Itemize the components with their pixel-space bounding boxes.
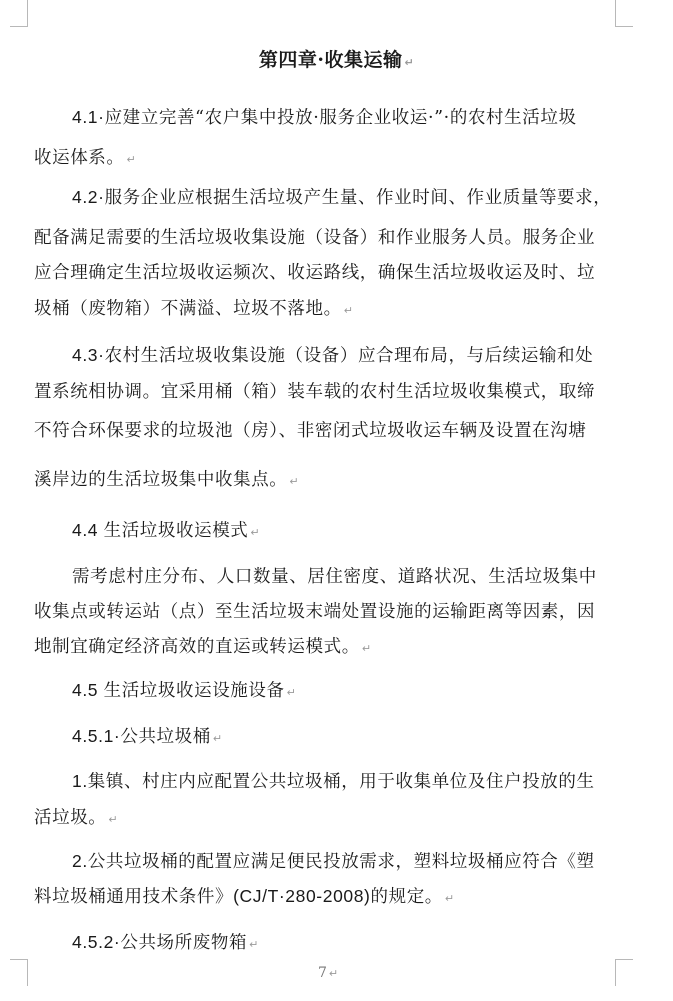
section-4-3-line-4: 溪岸边的生活垃圾集中收集点。↵ bbox=[34, 466, 299, 491]
section-4-1-line-1: 4.1·应建立完善“农户集中投放·服务企业收运·”·的农村生活垃圾 bbox=[72, 104, 577, 129]
section-4-2-line-4: 圾桶（废物箱）不满溢、垃圾不落地。↵ bbox=[34, 295, 354, 320]
section-4-3-line-2: 置系统相协调。宜采用桶（箱）装车载的农村生活垃圾收集模式，取缔 bbox=[34, 378, 595, 403]
paragraph-mark-icon: ↵ bbox=[250, 526, 260, 539]
section-4-3-line-3: 不符合环保要求的垃圾池（房）、非密闭式垃圾收运车辆及设置在沟塘 bbox=[34, 417, 586, 442]
page-number: 7↵ bbox=[318, 965, 338, 981]
page-corner-top-right bbox=[615, 0, 633, 27]
section-4-5-heading: 4.5 生活垃圾收运设施设备↵ bbox=[72, 677, 296, 702]
page-corner-bottom-left bbox=[10, 959, 28, 986]
paragraph-mark-icon: ↵ bbox=[404, 56, 414, 69]
page-corner-bottom-right bbox=[615, 959, 633, 986]
section-4-3-line-1: 4.3·农村生活垃圾收集设施（设备）应合理布局，与后续运输和处 bbox=[72, 342, 593, 367]
item-1-line-2: 活垃圾。↵ bbox=[34, 804, 118, 829]
section-4-4-para-line-1: 需考虑村庄分布、人口数量、居住密度、道路状况、生活垃圾集中 bbox=[72, 563, 597, 588]
section-4-4-para-line-2: 收集点或转运站（点）至生活垃圾末端处置设施的运输距离等因素，因 bbox=[34, 598, 595, 623]
paragraph-mark-icon: ↵ bbox=[287, 686, 297, 699]
chapter-title: 第四章·收集运输↵ bbox=[0, 45, 673, 72]
paragraph-mark-icon: ↵ bbox=[213, 732, 223, 745]
section-4-1-line-2: 收运体系。↵ bbox=[34, 144, 136, 169]
section-4-4-heading: 4.4 生活垃圾收运模式↵ bbox=[72, 517, 260, 542]
paragraph-mark-icon: ↵ bbox=[127, 153, 137, 166]
page-corner-top-left bbox=[10, 0, 28, 27]
section-4-2-line-1: 4.2·服务企业应根据生活垃圾产生量、作业时间、作业质量等要求， bbox=[72, 184, 611, 209]
section-4-4-para-line-3: 地制宜确定经济高效的直运或转运模式。↵ bbox=[34, 633, 372, 658]
section-4-2-line-3: 应合理确定生活垃圾收运频次、收运路线，确保生活垃圾收运及时、垃 bbox=[34, 259, 595, 284]
item-1-line-1: 1.集镇、村庄内应配置公共垃圾桶，用于收集单位及住户投放的生 bbox=[72, 768, 595, 793]
section-4-5-2-heading: 4.5.2·公共场所废物箱↵ bbox=[72, 929, 259, 954]
item-2-line-2: 料垃圾桶通用技术条件》(CJ/T·280-2008)的规定。↵ bbox=[34, 883, 455, 908]
paragraph-mark-icon: ↵ bbox=[289, 475, 299, 488]
paragraph-mark-icon: ↵ bbox=[445, 892, 455, 905]
paragraph-mark-icon: ↵ bbox=[362, 642, 372, 655]
paragraph-mark-icon: ↵ bbox=[249, 938, 259, 951]
item-2-line-1: 2.公共垃圾桶的配置应满足便民投放需求，塑料垃圾桶应符合《塑 bbox=[72, 848, 595, 873]
section-4-5-1-heading: 4.5.1·公共垃圾桶↵ bbox=[72, 723, 223, 748]
paragraph-mark-icon: ↵ bbox=[329, 967, 338, 980]
paragraph-mark-icon: ↵ bbox=[344, 304, 354, 317]
section-4-2-line-2: 配备满足需要的生活垃圾收集设施（设备）和作业服务人员。服务企业 bbox=[34, 224, 595, 249]
paragraph-mark-icon: ↵ bbox=[108, 813, 118, 826]
